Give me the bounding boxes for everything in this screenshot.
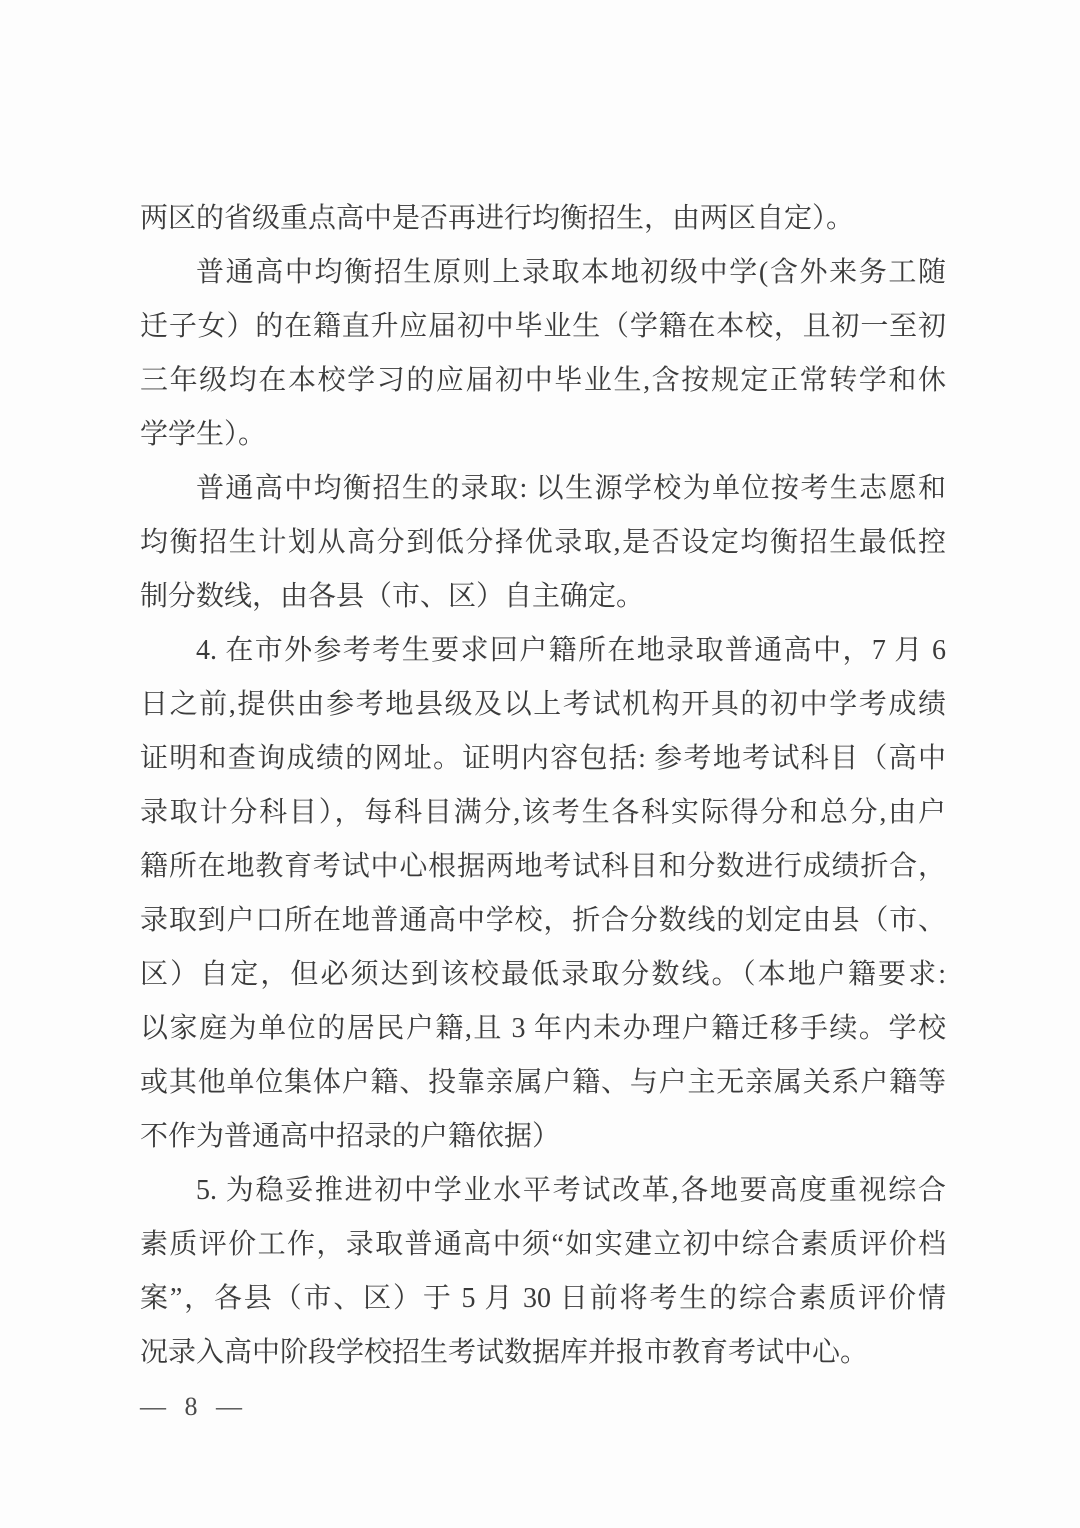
doc-line: 录取计分科目），每科目满分,该考生各科实际得分和总分,由户 — [140, 786, 946, 840]
document-page: 两区的省级重点高中是否再进行均衡招生，由两区自定）。 普通高中均衡招生原则上录取… — [0, 0, 1080, 1528]
doc-line: 素质评价工作，录取普通高中须“如实建立初中综合素质评价档 — [140, 1218, 946, 1272]
doc-line: 4. 在市外参考考生要求回户籍所在地录取普通高中，7 月 6 — [140, 624, 946, 678]
paragraph: 普通高中均衡招生的录取: 以生源学校为单位按考生志愿和 均衡招生计划从高分到低分… — [140, 462, 946, 624]
doc-line: 案”，各县（市、区）于 5 月 30 日前将考生的综合素质评价情 — [140, 1272, 946, 1326]
doc-line: 区）自定，但必须达到该校最低录取分数线。（本地户籍要求: — [140, 948, 946, 1002]
doc-line: 5. 为稳妥推进初中学业水平考试改革,各地要高度重视综合 — [140, 1164, 946, 1218]
doc-line: 迁子女）的在籍直升应届初中毕业生（学籍在本校，且初一至初 — [140, 300, 946, 354]
doc-line: 普通高中均衡招生的录取: 以生源学校为单位按考生志愿和 — [140, 462, 946, 516]
doc-line: 证明和查询成绩的网址。证明内容包括: 参考地考试科目（高中 — [140, 732, 946, 786]
paragraph: 两区的省级重点高中是否再进行均衡招生，由两区自定）。 — [140, 192, 946, 246]
doc-line: 录取到户口所在地普通高中学校，折合分数线的划定由县（市、 — [140, 894, 946, 948]
page-number: — 8 — — [140, 1390, 248, 1424]
paragraph: 5. 为稳妥推进初中学业水平考试改革,各地要高度重视综合 素质评价工作，录取普通… — [140, 1164, 946, 1380]
doc-line: 不作为普通高中招录的户籍依据） — [140, 1110, 946, 1164]
doc-line: 两区的省级重点高中是否再进行均衡招生，由两区自定）。 — [140, 192, 946, 246]
doc-line: 制分数线，由各县（市、区）自主确定。 — [140, 570, 946, 624]
doc-line: 籍所在地教育考试中心根据两地考试科目和分数进行成绩折合， — [140, 840, 946, 894]
doc-line: 况录入高中阶段学校招生考试数据库并报市教育考试中心。 — [140, 1326, 946, 1380]
paragraph: 4. 在市外参考考生要求回户籍所在地录取普通高中，7 月 6 日之前,提供由参考… — [140, 624, 946, 1164]
document-body: 两区的省级重点高中是否再进行均衡招生，由两区自定）。 普通高中均衡招生原则上录取… — [140, 192, 946, 1380]
doc-line: 均衡招生计划从高分到低分择优录取,是否设定均衡招生最低控 — [140, 516, 946, 570]
doc-line: 三年级均在本校学习的应届初中毕业生,含按规定正常转学和休 — [140, 354, 946, 408]
doc-line: 以家庭为单位的居民户籍,且 3 年内未办理户籍迁移手续。学校 — [140, 1002, 946, 1056]
paragraph: 普通高中均衡招生原则上录取本地初级中学(含外来务工随 迁子女）的在籍直升应届初中… — [140, 246, 946, 462]
doc-line: 普通高中均衡招生原则上录取本地初级中学(含外来务工随 — [140, 246, 946, 300]
doc-line: 日之前,提供由参考地县级及以上考试机构开具的初中学考成绩 — [140, 678, 946, 732]
doc-line: 学学生）。 — [140, 408, 946, 462]
doc-line: 或其他单位集体户籍、投靠亲属户籍、与户主无亲属关系户籍等 — [140, 1056, 946, 1110]
